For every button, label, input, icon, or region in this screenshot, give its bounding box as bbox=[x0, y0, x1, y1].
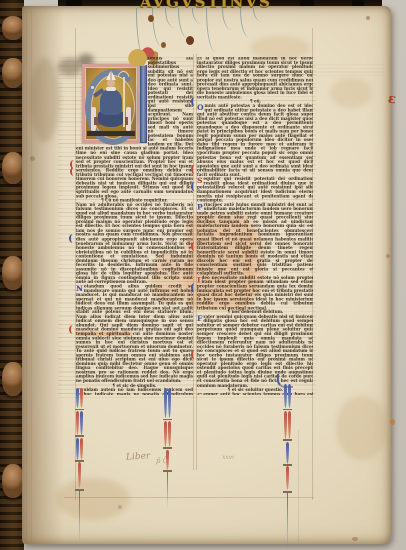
paragraph: Quidam autem nō iam iudicemus inuicem se… bbox=[76, 388, 193, 395]
paragraph-initial: I bbox=[197, 276, 201, 283]
foxing-patch bbox=[336, 396, 388, 460]
paraph-mark bbox=[191, 165, 198, 174]
body-text: Nam nō adulterabis nō occides nō furaber… bbox=[76, 203, 193, 285]
paragraph: Semper autē hoc scientes tempus quia hor… bbox=[197, 393, 313, 395]
paragraph: Frater nemini quicquam debeatis nisi ut … bbox=[197, 315, 313, 392]
sewing-cord bbox=[2, 152, 24, 184]
ink-spot bbox=[352, 537, 358, 541]
text-column-right: Et si quod est aliud mandatum in hoc uer… bbox=[197, 57, 313, 395]
paraph-mark bbox=[191, 182, 198, 191]
foxing-patch bbox=[330, 78, 372, 108]
paraph-mark bbox=[191, 242, 198, 251]
ruling-vertical bbox=[298, 430, 299, 542]
body-text: equitur qui resistit potestati dei ordin… bbox=[197, 177, 313, 203]
sewing-cord bbox=[2, 362, 24, 396]
body-text: otandum quod alius quidem credit se mand… bbox=[76, 284, 193, 332]
paraph-mark bbox=[70, 167, 77, 176]
ruling-vertical bbox=[31, 10, 32, 542]
ink-spot bbox=[386, 254, 390, 258]
paraph-mark bbox=[69, 325, 76, 334]
initial-wrap-spacer bbox=[76, 57, 146, 144]
paragraph-initial: S bbox=[197, 393, 202, 395]
paragraph: Sequitur qui resistit potestati dei ordi… bbox=[197, 177, 313, 203]
cascade-flourish-right bbox=[283, 384, 292, 550]
text-column-left: Omnis aīa potestatibus sublimioribus sub… bbox=[76, 57, 193, 395]
paraph-mark bbox=[191, 283, 198, 292]
paragraph-initial: N bbox=[76, 285, 83, 292]
paraph-mark bbox=[69, 234, 76, 243]
body-text: Et si quod est aliud mandatum in hoc uer… bbox=[197, 57, 313, 100]
body-text: deo necessitate subditi estote nō solum … bbox=[197, 276, 313, 311]
sewing-cord bbox=[2, 256, 24, 290]
marginal-inscription: p̄ C̄ bbox=[156, 457, 168, 465]
paragraph: Omnis aīa potestatibus sublimioribus sub… bbox=[76, 57, 193, 199]
manuscript-photo: AVGVSTINVS Omnis aīa potestatibus sublim… bbox=[0, 0, 406, 550]
body-text: emper autē hoc scientes tempus quia hora… bbox=[197, 392, 313, 395]
sewing-cord bbox=[2, 464, 24, 498]
ink-spot bbox=[366, 16, 370, 20]
fore-edge-red-mark: ε bbox=[387, 92, 397, 108]
ruling-margin-extension bbox=[312, 64, 384, 76]
paragraph: Ideo necessitate subditi estote nō solum… bbox=[197, 276, 313, 315]
foxing-patch bbox=[56, 478, 130, 520]
ink-spot bbox=[390, 419, 395, 425]
paragraph: Omnis autē potestas a domino deo est et … bbox=[197, 104, 313, 177]
paragraph: Principes autē huius mundi ministri dei … bbox=[197, 203, 313, 276]
body-text: cui autē dominus noster omnia subiecit s… bbox=[76, 332, 193, 384]
ink-spot bbox=[30, 156, 35, 161]
body-text: rincipes autē huius mundi ministri dei s… bbox=[197, 203, 313, 276]
foxing-patch bbox=[30, 58, 60, 142]
paragraph: Notandum quod alius quidem credit se man… bbox=[76, 285, 193, 388]
ink-spot bbox=[148, 15, 154, 22]
paraph-mark bbox=[191, 350, 198, 359]
ink-spot bbox=[161, 42, 166, 48]
paragraph: ¶ Cū nō manifeste requiritur.Nam nō adul… bbox=[76, 199, 193, 285]
sewing-cord bbox=[2, 58, 24, 88]
cascade-flourish-middle bbox=[163, 388, 172, 508]
sewing-cord bbox=[2, 16, 24, 40]
cascade-flourish-left bbox=[75, 388, 84, 543]
marginal-inscription: Liber bbox=[126, 451, 151, 462]
ink-spot bbox=[118, 505, 122, 509]
ruling-vertical bbox=[26, 10, 27, 542]
paragraph: Et si quod est aliud mandatum in hoc uer… bbox=[197, 57, 313, 104]
body-text: mnis autē potestas a domino deo est et i… bbox=[197, 104, 313, 177]
body-text: rater nemini quicquam debeatis nisi ut i… bbox=[197, 314, 313, 387]
ink-spot bbox=[186, 36, 194, 45]
body-text: uidam autem nō iam iudicemus inuicem sed… bbox=[76, 388, 193, 395]
paragraph-initial: P bbox=[197, 203, 203, 210]
marginal-inscription: xxvi bbox=[222, 454, 234, 461]
ruling-bottom-line bbox=[64, 497, 314, 498]
paragraph-initial: F bbox=[197, 315, 202, 322]
paraph-mark bbox=[191, 97, 198, 106]
